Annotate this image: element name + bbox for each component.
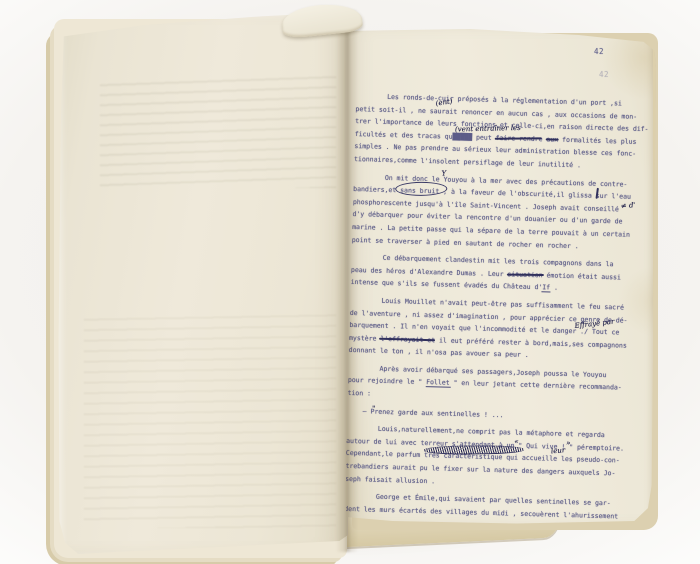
handwritten-note: Y [441,167,446,180]
page-number: 42 [594,47,604,56]
handwritten-note: " [372,403,376,416]
handwritten-note: leur [551,444,566,458]
typed-text: Les ronds-de-cuir préposés à la réglemen… [344,90,656,529]
right-page: 42 42 Les ronds-de-cuir préposés à la ré… [346,28,656,525]
typed-paragraph: Louis,naturellement,ne comprit pas la mé… [345,422,647,493]
handwritten-note: ≠ d' [620,199,635,213]
handwritten-note: » [566,437,571,450]
handwritten-note: (vent entraîner les [455,122,521,136]
book-photo: 42 42 Les ronds-de-cuir préposés à la ré… [0,0,700,564]
typed-paragraph: — Prenez garde aux sentinelles ! ... [347,405,647,426]
ink-showthrough [100,76,336,188]
strike-mark [546,138,559,140]
typed-paragraph: On mit donc le Youyou à la mer avec des … [352,171,654,255]
typed-paragraph: Ce débarquement clandestin mit les trois… [350,251,651,297]
strike-mark [495,137,542,139]
handwritten-note: (ent) [435,95,454,110]
underline-mark [541,291,550,292]
left-page [58,12,348,554]
typed-paragraph: Louis Mouillet n'avait peut-être pas suf… [349,294,651,365]
page-number-ghost: 42 [599,70,609,79]
typed-paragraph: Après avoir débarqué ses passagers,Josep… [347,362,648,408]
ink-showthrough [84,310,336,528]
typed-paragraph: George et Émile,qui savaient par quelles… [344,490,645,524]
